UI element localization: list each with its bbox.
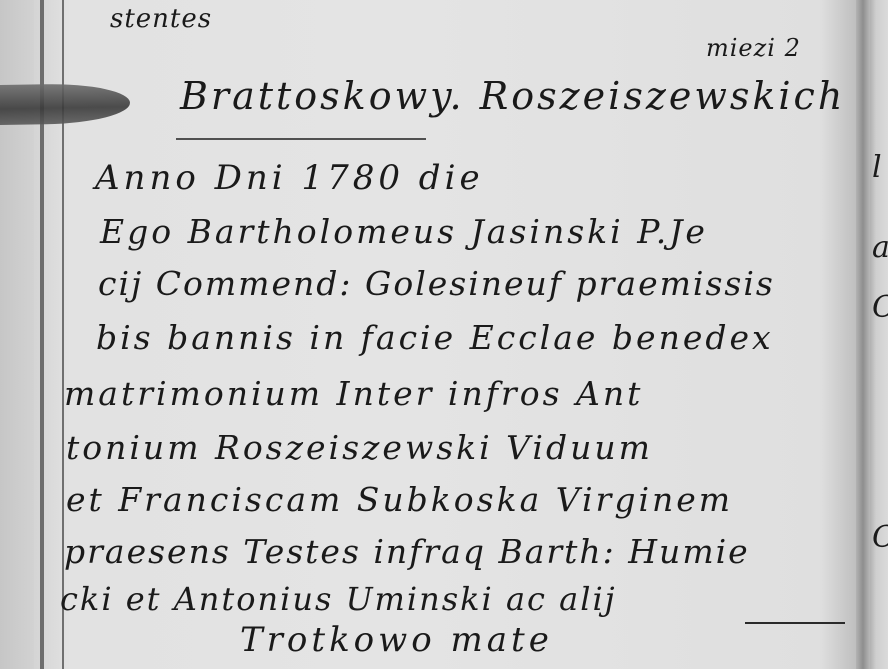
- facing-page-fragment: a: [872, 230, 888, 265]
- page-gutter: [856, 0, 870, 669]
- bookmark-tab: [0, 83, 130, 125]
- entry-line: Trotkowo mate: [240, 620, 553, 660]
- register-page: stentes miezi 2 Brattoskowy. Roszeiszews…: [0, 0, 888, 669]
- header-fragment: stentes: [110, 4, 212, 34]
- entry-line: cij Commend: Golesineuf praemissis: [98, 264, 775, 303]
- entry-line: bis bannis in facie Ecclae benedex: [96, 318, 774, 357]
- entry-line: matrimonium Inter infros Ant: [64, 374, 643, 413]
- entry-line: cki et Antonius Uminski ac alij: [60, 580, 617, 618]
- entry-line: Anno Dni 1780 die: [95, 158, 484, 198]
- title-underline: [176, 138, 426, 140]
- facing-page-fragment: C: [872, 520, 888, 555]
- entry-end-rule: [745, 622, 845, 624]
- entry-line: et Franciscam Subkoska Virginem: [66, 480, 733, 519]
- entry-line: praesens Testes infraq Barth: Humie: [64, 532, 750, 571]
- facing-page-fragment: C: [872, 290, 888, 325]
- entry-title: Brattoskowy. Roszeiszewskich: [180, 74, 845, 118]
- margin-note: miezi 2: [706, 34, 801, 62]
- entry-line: Ego Bartholomeus Jasinski P.Je: [100, 212, 708, 251]
- facing-page-fragment: l: [872, 150, 883, 185]
- entry-line: tonium Roszeiszewski Viduum: [66, 428, 653, 467]
